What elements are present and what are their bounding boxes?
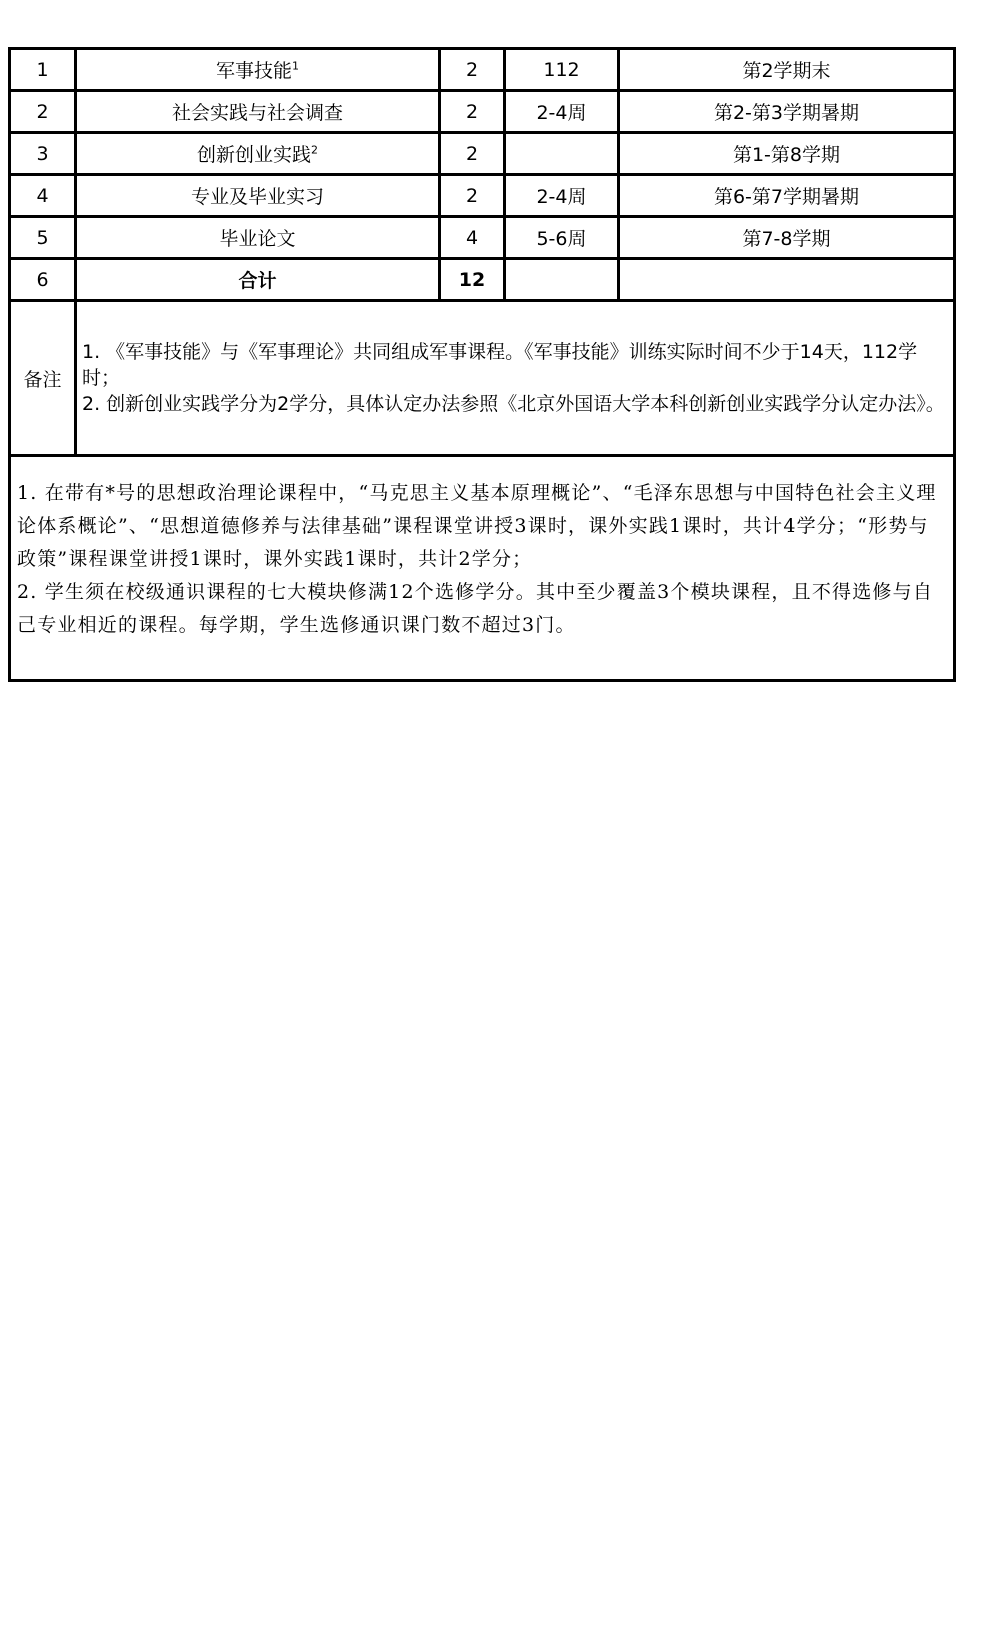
credits: 2 xyxy=(440,175,505,217)
hours xyxy=(505,259,619,301)
credits: 4 xyxy=(440,217,505,259)
course-name: 军事技能1 xyxy=(76,49,440,91)
remarks-label: 备注 xyxy=(10,301,76,456)
remark-line: 2. 创新创业实践学分为2学分，具体认定办法参照《北京外国语大学本科创新创业实践… xyxy=(82,391,949,417)
course-name: 社会实践与社会调查 xyxy=(76,91,440,133)
semester: 第2学期末 xyxy=(619,49,955,91)
footnote-marker: 1 xyxy=(292,60,299,73)
row-index: 1 xyxy=(10,49,76,91)
note-paragraph: 2. 学生须在校级通识课程的七大模块修满12个选修学分。其中至少覆盖3个模块课程… xyxy=(17,576,945,642)
total-row: 6 合计 12 xyxy=(10,259,955,301)
credits: 2 xyxy=(440,49,505,91)
hours: 112 xyxy=(505,49,619,91)
footnote-marker: 2 xyxy=(311,144,318,157)
table-row: 4 专业及毕业实习 2 2-4周 第6-第7学期暑期 xyxy=(10,175,955,217)
remarks-content: 1. 《军事技能》与《军事理论》共同组成军事课程。《军事技能》训练实际时间不少于… xyxy=(76,301,955,456)
table-row: 3 创新创业实践2 2 第1-第8学期 xyxy=(10,133,955,175)
notes-content: 1. 在带有*号的思想政治理论课程中，“马克思主义基本原理概论”、“毛泽东思想与… xyxy=(10,456,955,681)
row-index: 6 xyxy=(10,259,76,301)
semester: 第2-第3学期暑期 xyxy=(619,91,955,133)
course-name: 创新创业实践2 xyxy=(76,133,440,175)
remark-line: 1. 《军事技能》与《军事理论》共同组成军事课程。《军事技能》训练实际时间不少于… xyxy=(82,339,949,391)
course-name: 毕业论文 xyxy=(76,217,440,259)
notes-row: 1. 在带有*号的思想政治理论课程中，“马克思主义基本原理概论”、“毛泽东思想与… xyxy=(10,456,955,681)
credits: 2 xyxy=(440,91,505,133)
row-index: 5 xyxy=(10,217,76,259)
table-row: 1 军事技能1 2 112 第2学期末 xyxy=(10,49,955,91)
total-label: 合计 xyxy=(76,259,440,301)
remarks-row: 备注 1. 《军事技能》与《军事理论》共同组成军事课程。《军事技能》训练实际时间… xyxy=(10,301,955,456)
total-credits: 12 xyxy=(440,259,505,301)
practice-courses-table: 1 军事技能1 2 112 第2学期末 2 社会实践与社会调查 2 2-4周 第… xyxy=(8,47,956,682)
hours: 2-4周 xyxy=(505,175,619,217)
course-name: 专业及毕业实习 xyxy=(76,175,440,217)
semester xyxy=(619,259,955,301)
row-index: 4 xyxy=(10,175,76,217)
row-index: 3 xyxy=(10,133,76,175)
semester: 第6-第7学期暑期 xyxy=(619,175,955,217)
credits: 2 xyxy=(440,133,505,175)
hours: 5-6周 xyxy=(505,217,619,259)
semester: 第7-8学期 xyxy=(619,217,955,259)
table-row: 5 毕业论文 4 5-6周 第7-8学期 xyxy=(10,217,955,259)
semester: 第1-第8学期 xyxy=(619,133,955,175)
hours: 2-4周 xyxy=(505,91,619,133)
note-paragraph: 1. 在带有*号的思想政治理论课程中，“马克思主义基本原理概论”、“毛泽东思想与… xyxy=(17,477,945,576)
table-row: 2 社会实践与社会调查 2 2-4周 第2-第3学期暑期 xyxy=(10,91,955,133)
hours xyxy=(505,133,619,175)
row-index: 2 xyxy=(10,91,76,133)
